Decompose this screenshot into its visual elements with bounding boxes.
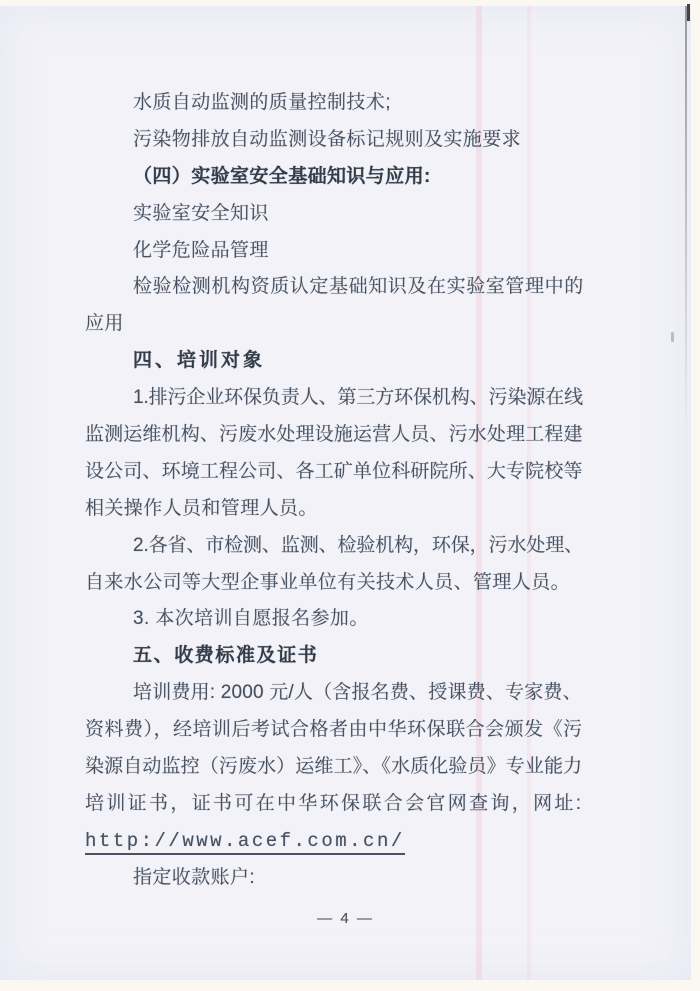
doc-line: 污染物排放自动监测设备标记规则及实施要求 bbox=[85, 122, 593, 159]
doc-line-text: 监测运维机构、污废水处理设施运营人员、污水处理工程建 bbox=[85, 424, 583, 445]
doc-line: 自来水公司等大型企事业单位有关技术人员、管理人员。 bbox=[85, 565, 593, 602]
section-heading: 四、培训对象 bbox=[85, 343, 593, 380]
doc-line: 相关操作人员和管理人员。 bbox=[85, 491, 593, 528]
doc-line-text: （四）实验室安全基础知识与应用: bbox=[133, 166, 431, 187]
doc-line-text: 3. 本次培训自愿报名参加。 bbox=[133, 608, 369, 629]
doc-line: 1.排污企业环保负责人、第三方环保机构、污染源在线 bbox=[85, 380, 593, 417]
doc-line-text: 实验室安全知识 bbox=[133, 203, 269, 224]
doc-line: 设公司、环境工程公司、各工矿单位科研院所、大专院校等 bbox=[85, 454, 593, 491]
doc-line-text: 2.各省、市检测、监测、检验机构，环保，污水处理、 bbox=[133, 535, 583, 556]
paper-edge-shadow bbox=[685, 6, 687, 436]
doc-line: 化学危险品管理 bbox=[85, 233, 593, 270]
document-body: 水质自动监测的质量控制技术; 污染物排放自动监测设备标记规则及实施要求 （四）实… bbox=[85, 85, 593, 897]
doc-line-text: 自来水公司等大型企事业单位有关技术人员、管理人员。 bbox=[85, 572, 570, 593]
doc-line-text: 四、培训对象 bbox=[133, 350, 265, 371]
paper-edge-mark bbox=[687, 4, 690, 21]
doc-line-text: 培训费用: 2000 元/人（含报名费、授课费、专家费、 bbox=[133, 682, 582, 703]
doc-line-text: 应用 bbox=[85, 313, 124, 334]
doc-line: 应用 bbox=[85, 306, 593, 343]
doc-line: http://www.acef.com.cn/ bbox=[85, 823, 593, 860]
doc-line: 培训费用: 2000 元/人（含报名费、授课费、专家费、 bbox=[85, 675, 593, 712]
doc-line-text: 相关操作人员和管理人员。 bbox=[85, 498, 318, 519]
doc-line-text: 指定收款账户: bbox=[133, 867, 255, 888]
doc-line: 检验检测机构资质认定基础知识及在实验室管理中的 bbox=[85, 269, 593, 306]
doc-line: 资料费），经培训后考试合格者由中华环保联合会颁发《污 bbox=[85, 712, 593, 749]
page-number: — 4 — bbox=[0, 908, 691, 930]
doc-line-text: 化学危险品管理 bbox=[133, 240, 269, 261]
doc-line-text: 培训证书，证书可在中华环保联合会官网查询，网址: bbox=[85, 793, 583, 814]
scan-speck-artifact bbox=[671, 332, 674, 342]
doc-line-text: 水质自动监测的质量控制技术; bbox=[133, 92, 391, 113]
scanned-page: 水质自动监测的质量控制技术; 污染物排放自动监测设备标记规则及实施要求 （四）实… bbox=[0, 6, 691, 980]
section-heading: （四）实验室安全基础知识与应用: bbox=[85, 159, 593, 196]
doc-line-text: 设公司、环境工程公司、各工矿单位科研院所、大专院校等 bbox=[85, 461, 583, 482]
doc-line: 指定收款账户: bbox=[85, 860, 593, 897]
acef-website-link[interactable]: http://www.acef.com.cn/ bbox=[85, 830, 405, 855]
doc-line-text: 五、收费标准及证书 bbox=[133, 645, 318, 666]
doc-line: 染源自动监控（污废水）运维工》、《水质化验员》专业能力 bbox=[85, 749, 593, 786]
doc-line-text: 染源自动监控（污废水）运维工》、《水质化验员》专业能力 bbox=[85, 756, 582, 777]
doc-line-text: 资料费），经培训后考试合格者由中华环保联合会颁发《污 bbox=[85, 719, 583, 740]
doc-line-text: 1.排污企业环保负责人、第三方环保机构、污染源在线 bbox=[133, 387, 583, 408]
doc-line-text: 检验检测机构资质认定基础知识及在实验室管理中的 bbox=[133, 276, 584, 297]
doc-line: 实验室安全知识 bbox=[85, 196, 593, 233]
doc-line: 2.各省、市检测、监测、检验机构，环保，污水处理、 bbox=[85, 528, 593, 565]
doc-line-text: 污染物排放自动监测设备标记规则及实施要求 bbox=[133, 129, 521, 150]
doc-line: 监测运维机构、污废水处理设施运营人员、污水处理工程建 bbox=[85, 417, 593, 454]
section-heading: 五、收费标准及证书 bbox=[85, 638, 593, 675]
doc-line: 3. 本次培训自愿报名参加。 bbox=[85, 601, 593, 638]
doc-line: 水质自动监测的质量控制技术; bbox=[85, 85, 593, 122]
doc-line: 培训证书，证书可在中华环保联合会官网查询，网址: bbox=[85, 786, 593, 823]
